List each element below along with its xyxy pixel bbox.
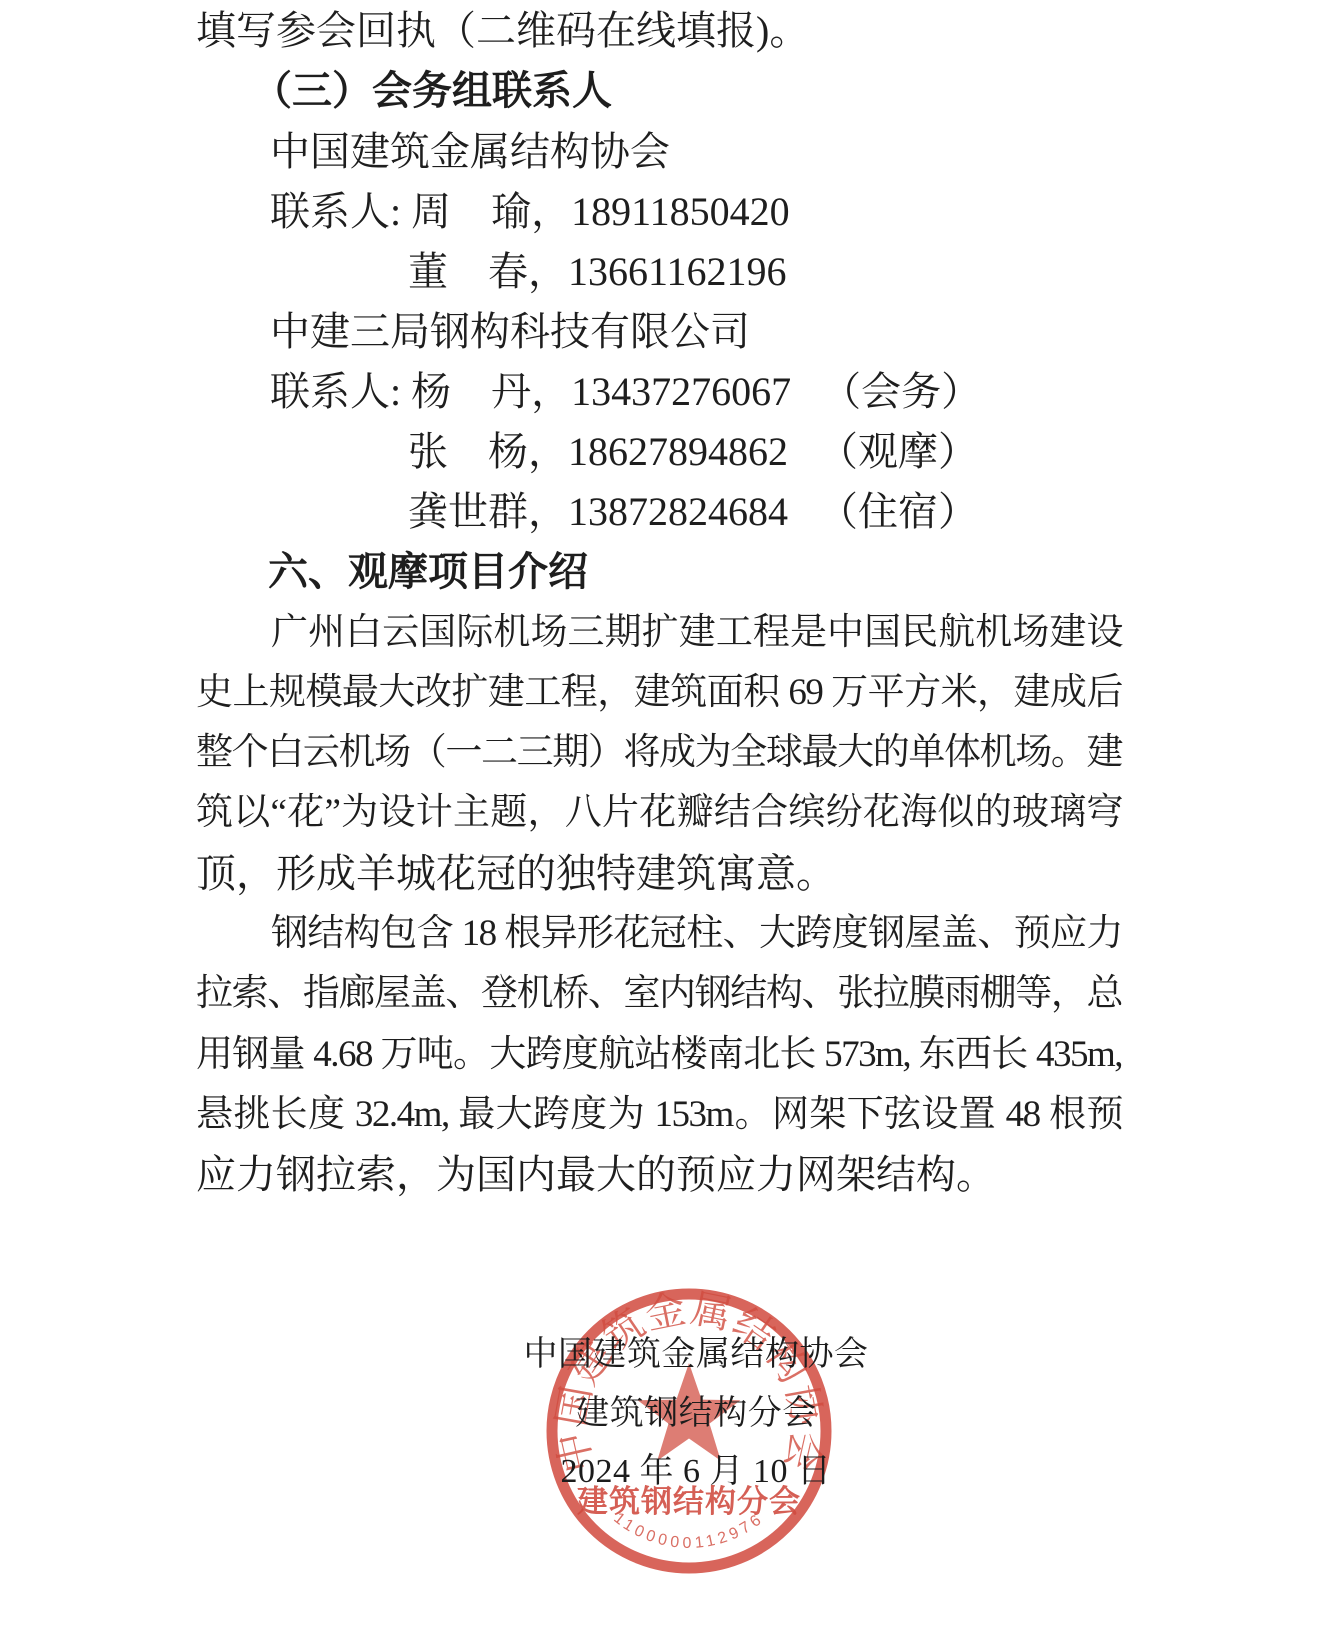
signature-org: 中国建筑金属结构协会 (520, 1328, 872, 1382)
para2-line-1: 钢结构包含 18 根异形花冠柱、大跨度钢屋盖、预应力 (196, 904, 1122, 964)
para1-line-5: 顶，形成羊城花冠的独特建筑寓意。 (196, 844, 1122, 904)
para1-line-4: 筑以“花”为设计主题，八片花瓣结合缤纷花海似的玻璃穹 (196, 783, 1122, 843)
heading-project-intro: 六、观摩项目介绍 (268, 542, 588, 602)
signature-date: 2024 年 6 月 10 日 (520, 1445, 872, 1499)
para2-line-2: 拉索、指廊屋盖、登机桥、室内钢结构、张拉膜雨棚等，总 (196, 964, 1122, 1024)
para1-line-1: 广州白云国际机场三期扩建工程是中国民航机场建设 (196, 603, 1122, 663)
contact-line-zhou-yu: 联系人: 周 瑜，18911850420 (270, 182, 790, 242)
heading-contacts: （三）会务组联系人 (252, 61, 612, 121)
contact-line-zhang-yang: 张 杨，18627894862 （观摩） (408, 422, 978, 482)
org-name-company: 中建三局钢构科技有限公司 (270, 302, 750, 362)
contact-line-gong-shiqun: 龚世群，13872824684 （住宿） (408, 482, 978, 542)
para2-line-5: 应力钢拉索，为国内最大的预应力网架结构。 (196, 1145, 1122, 1205)
doc-line-intro: 填写参会回执（二维码在线填报)。 (196, 1, 809, 61)
document-page: 填写参会回执（二维码在线填报)。 （三）会务组联系人 中国建筑金属结构协会 联系… (0, 0, 1323, 1626)
para2-line-3: 用钢量 4.68 万吨。大跨度航站楼南北长 573m, 东西长 435m, (196, 1025, 1122, 1085)
para1-line-3: 整个白云机场（一二三期）将成为全球最大的单体机场。建 (196, 723, 1122, 783)
contact-line-yang-dan: 联系人: 杨 丹，13437276067 （会务） (270, 362, 981, 422)
para2-line-4: 悬挑长度 32.4m, 最大跨度为 153m。网架下弦设置 48 根预 (196, 1085, 1122, 1145)
signature-branch: 建筑钢结构分会 (520, 1387, 872, 1441)
org-name-association: 中国建筑金属结构协会 (270, 122, 670, 182)
para1-line-2: 史上规模最大改扩建工程，建筑面积 69 万平方米，建成后 (196, 663, 1122, 723)
contact-line-dong-chun: 董 春，13661162196 (408, 242, 787, 302)
